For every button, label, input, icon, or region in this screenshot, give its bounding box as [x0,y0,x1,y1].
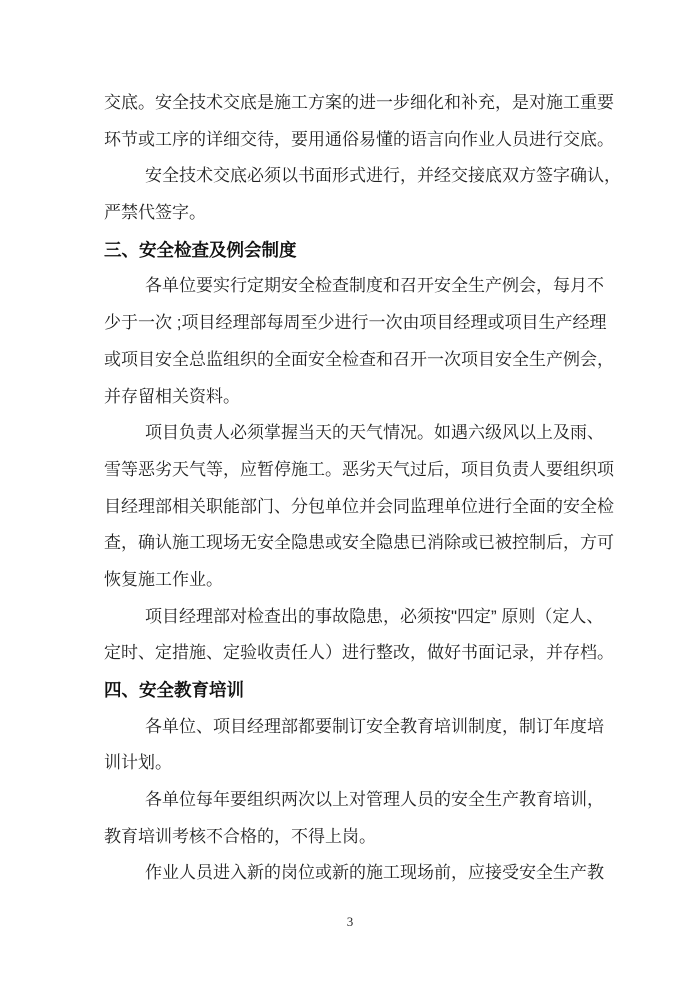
page-number: 3 [0,914,700,930]
text-line: 并存留相关资料。 [104,379,610,416]
text-line: 训计划。 [104,745,610,782]
document-body: 交底。安全技术交底是施工方案的进一步细化和补充，是对施工重要环节或工序的详细交待… [104,85,610,892]
text-line: 严禁代签字。 [104,195,610,232]
section-heading: 四、安全教育培训 [104,672,610,709]
text-line: 雪等恶劣天气等，应暂停施工。恶劣天气过后，项目负责人要组织项 [104,452,610,489]
text-line: 教育培训考核不合格的，不得上岗。 [104,819,610,856]
text-line: 少于一次 ;项目经理部每周至少进行一次由项目经理或项目生产经理 [104,305,610,342]
text-line: 恢复施工作业。 [104,562,610,599]
text-line: 或项目安全总监组织的全面安全检查和召开一次项目安全生产例会， [104,342,610,379]
text-line: 定时、定措施、定验收责任人）进行整改，做好书面记录，并存档。 [104,635,610,672]
text-line: 各单位、项目经理部都要制订安全教育培训制度，制订年度培 [104,709,610,746]
text-line: 交底。安全技术交底是施工方案的进一步细化和补充，是对施工重要 [104,85,610,122]
text-line: 作业人员进入新的岗位或新的施工现场前，应接受安全生产教 [104,855,610,892]
text-line: 项目负责人必须掌握当天的天气情况。如遇六级风以上及雨、 [104,415,610,452]
text-line: 环节或工序的详细交待，要用通俗易懂的语言向作业人员进行交底。 [104,122,610,159]
text-line: 查，确认施工现场无安全隐患或安全隐患已消除或已被控制后，方可 [104,525,610,562]
text-line: 各单位要实行定期安全检查制度和召开安全生产例会，每月不 [104,268,610,305]
text-line: 各单位每年要组织两次以上对管理人员的安全生产教育培训， [104,782,610,819]
text-line: 目经理部相关职能部门、分包单位并会同监理单位进行全面的安全检 [104,489,610,526]
document-page: 交底。安全技术交底是施工方案的进一步细化和补充，是对施工重要环节或工序的详细交待… [0,0,700,990]
text-line: 项目经理部对检查出的事故隐患，必须按"四定” 原则（定人、 [104,599,610,636]
text-line: 安全技术交底必须以书面形式进行，并经交接底双方签字确认， [104,158,610,195]
section-heading: 三、安全检查及例会制度 [104,232,610,269]
